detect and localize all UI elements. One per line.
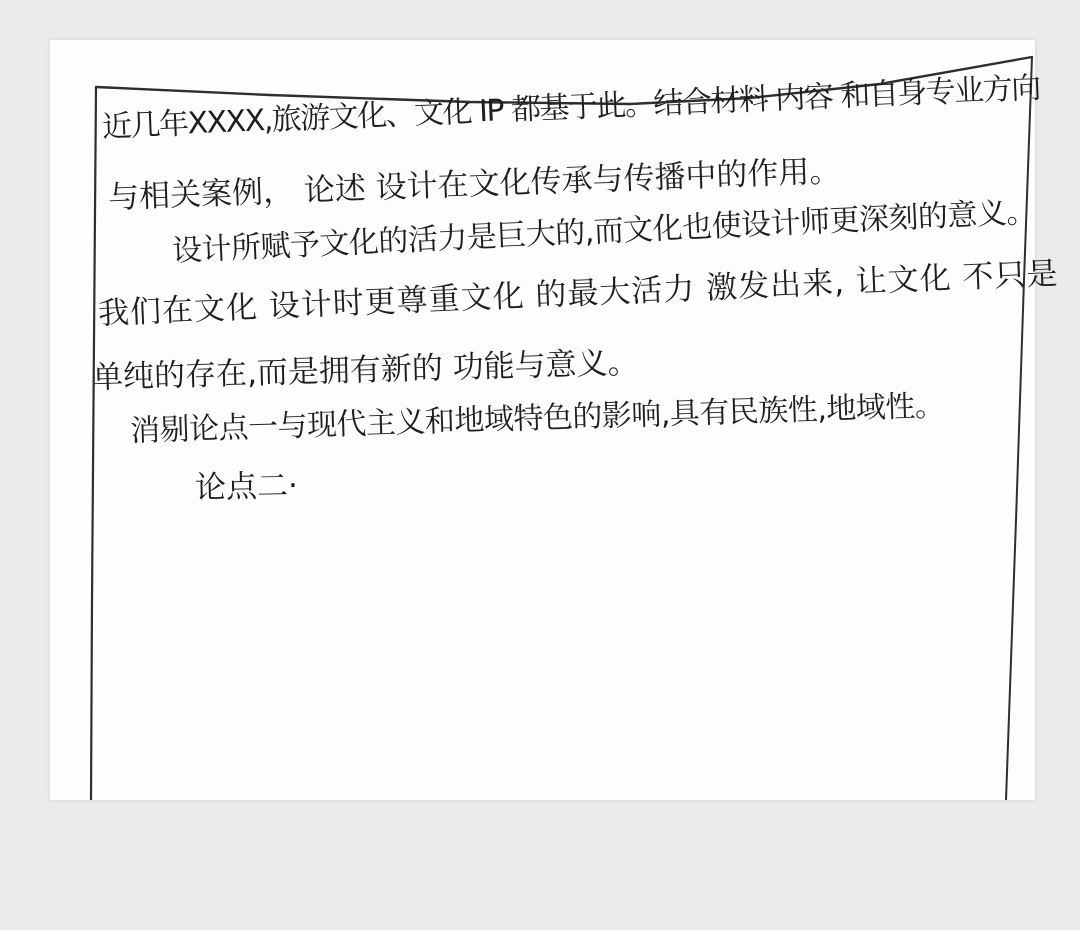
handwritten-line-5: 单纯的存在,而是拥有新的 功能与意义。 [91, 337, 639, 397]
handwritten-line-1: 近几年XXXX,旅游文化、文化 IP 都基于此。结合材料 内容 和自身专业方向 [101, 63, 1040, 146]
paper-sheet: 近几年XXXX,旅游文化、文化 IP 都基于此。结合材料 内容 和自身专业方向 … [50, 40, 1035, 800]
photo-canvas: 近几年XXXX,旅游文化、文化 IP 都基于此。结合材料 内容 和自身专业方向 … [0, 0, 1080, 930]
handwritten-line-7: 论点二· [195, 460, 299, 507]
border-left-line [91, 87, 96, 800]
border-right-line [1006, 57, 1032, 800]
